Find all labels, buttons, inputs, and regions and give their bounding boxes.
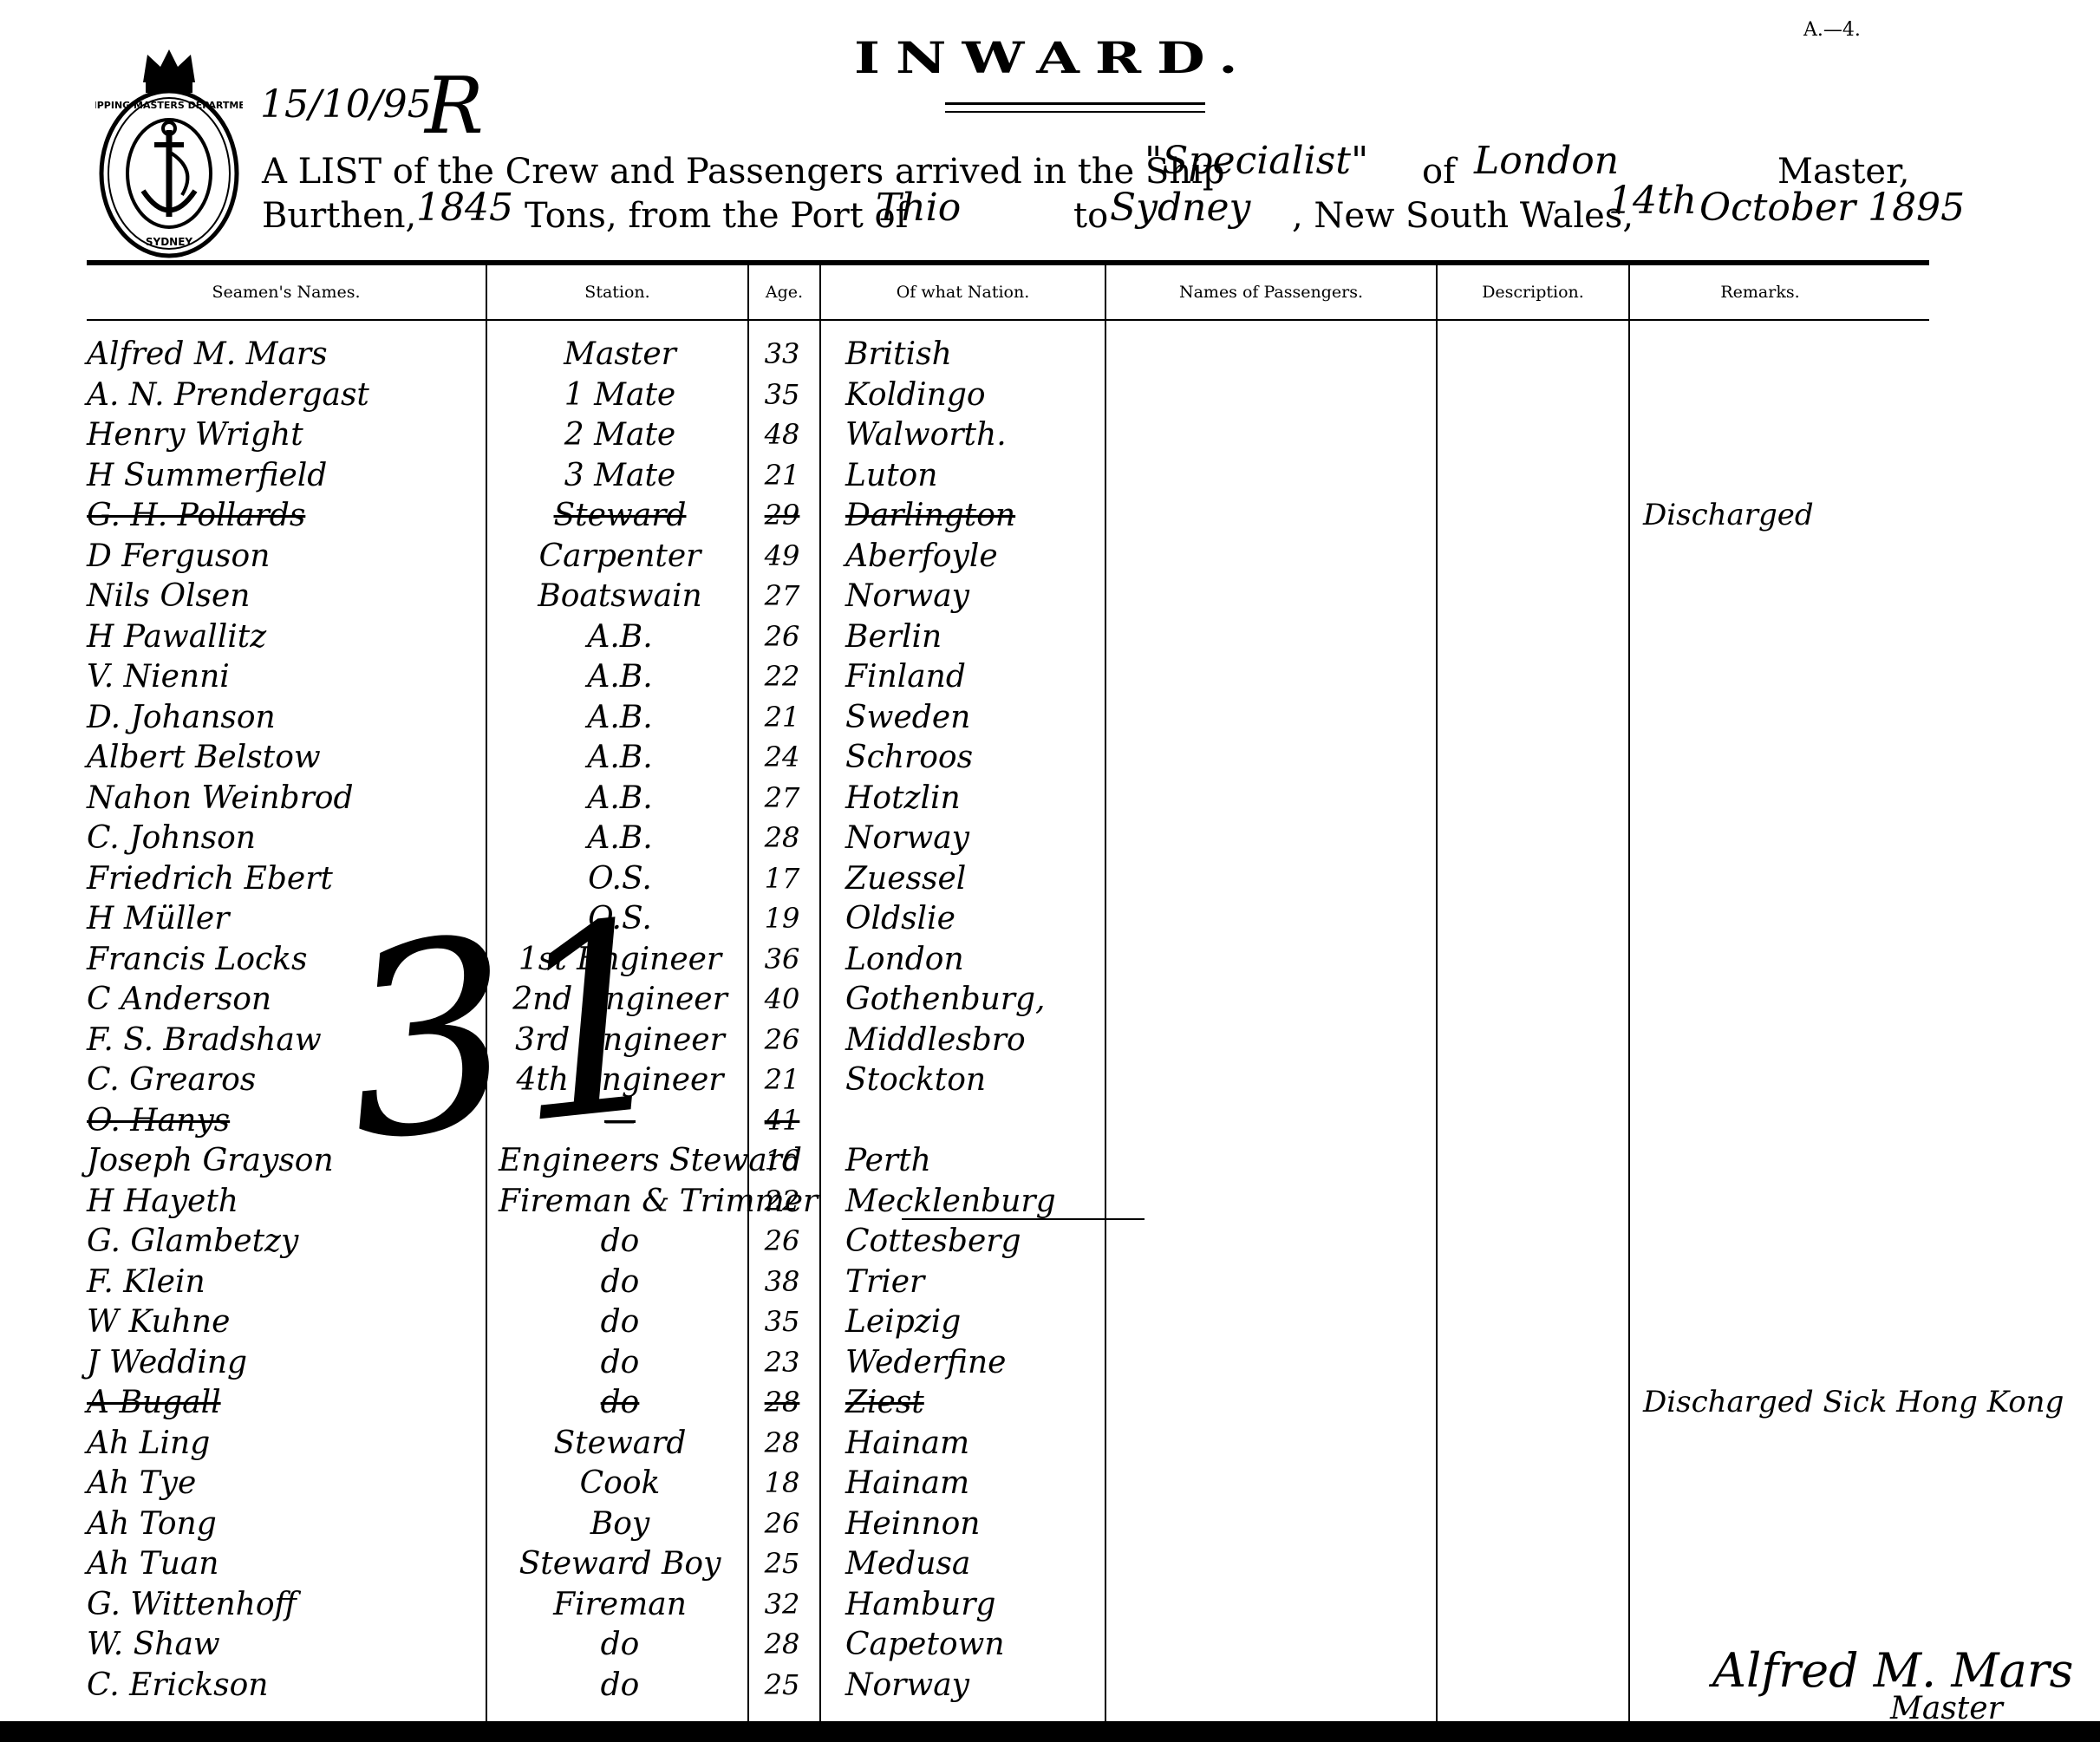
svg-text:SYDNEY: SYDNEY <box>146 236 193 248</box>
table-row: A. N. Prendergast1 Mate35Koldingo <box>0 375 2100 415</box>
crew-age: 19 <box>747 898 817 939</box>
crew-station: 3 Mate <box>499 455 741 496</box>
crew-station: Boy <box>499 1504 741 1544</box>
crew-age: 33 <box>747 334 817 375</box>
crew-remarks <box>1643 1302 2100 1342</box>
crew-name: C. Erickson <box>87 1665 481 1706</box>
crew-age: 38 <box>747 1262 817 1302</box>
column-header-remarks: Remarks. <box>1630 283 1890 302</box>
table-row: Albert BelstowA.B.24Schroos <box>0 737 2100 778</box>
crew-nation: Berlin <box>845 617 1101 657</box>
table-row: O. Hanys—41 <box>0 1100 2100 1141</box>
column-header-description: Description. <box>1438 283 1628 302</box>
crew-age: 25 <box>747 1543 817 1584</box>
crew-nation: Finland <box>845 656 1101 697</box>
crew-age: 26 <box>747 617 817 657</box>
table-row: F. S. Bradshaw3rd Engineer26Middlesbro <box>0 1020 2100 1060</box>
crew-nation: Luton <box>845 455 1101 496</box>
table-row: Nils OlsenBoatswain27Norway <box>0 576 2100 617</box>
table-row: H HayethFireman & Trimmer22Mecklenburg <box>0 1181 2100 1222</box>
crew-remarks <box>1643 939 2100 980</box>
crew-station: 2 Mate <box>499 414 741 455</box>
table-row: Nahon WeinbrodA.B.27Hotzlin <box>0 778 2100 819</box>
crew-age: 41 <box>747 1100 817 1141</box>
crew-remarks <box>1643 1423 2100 1464</box>
crew-age: 28 <box>747 818 817 858</box>
crew-age: 35 <box>747 375 817 415</box>
crew-remarks <box>1643 778 2100 819</box>
crew-nation: Middlesbro <box>845 1020 1101 1060</box>
crew-remarks <box>1643 536 2100 577</box>
crew-age: 21 <box>747 455 817 496</box>
form-code: A.—4. <box>1803 19 1861 41</box>
crew-remarks <box>1643 617 2100 657</box>
crew-name: Ah Ling <box>87 1423 481 1464</box>
crew-remarks <box>1643 697 2100 738</box>
crew-age: 22 <box>747 656 817 697</box>
scan-bottom-edge <box>0 1721 2100 1742</box>
ship-name: "Specialist" <box>1145 139 1368 183</box>
crew-station: Steward <box>499 495 741 536</box>
table-row: H Summerfield3 Mate21Luton <box>0 455 2100 496</box>
crew-remarks <box>1643 1463 2100 1504</box>
crew-station: do <box>499 1342 741 1383</box>
crew-name: H Pawallitz <box>87 617 481 657</box>
crew-nation: Hainam <box>845 1463 1101 1504</box>
tons-label: Tons, from the Port of <box>525 196 908 236</box>
table-row: A Bugalldo28ZiestDischarged Sick Hong Ko… <box>0 1382 2100 1423</box>
burthen-label: Burthen, <box>262 196 416 236</box>
crew-name: A Bugall <box>87 1382 481 1423</box>
crew-station: 1 Mate <box>499 375 741 415</box>
tons-value: 1845 <box>416 186 513 230</box>
crew-remarks <box>1643 414 2100 455</box>
crew-name: Nils Olsen <box>87 576 481 617</box>
column-header-age: Age. <box>749 283 819 302</box>
crew-station: Fireman & Trimmer <box>499 1181 741 1222</box>
crew-name: Ah Tye <box>87 1463 481 1504</box>
crew-station: A.B. <box>499 617 741 657</box>
table-row: D. JohansonA.B.21Sweden <box>0 697 2100 738</box>
crew-age: 18 <box>747 1463 817 1504</box>
crew-remarks <box>1643 656 2100 697</box>
table-row: G. H. PollardsSteward29DarlingtonDischar… <box>0 495 2100 536</box>
crew-station: do <box>499 1221 741 1262</box>
subtotal-rule <box>902 1218 1145 1220</box>
table-row: Ah TuanSteward Boy25Medusa <box>0 1543 2100 1584</box>
crew-age: 17 <box>747 858 817 899</box>
crew-age: 29 <box>747 495 817 536</box>
crew-name: V. Nienni <box>87 656 481 697</box>
table-row: G. Glambetzydo26Cottesberg <box>0 1221 2100 1262</box>
crew-nation: Norway <box>845 818 1101 858</box>
crew-nation: Cottesberg <box>845 1221 1101 1262</box>
crew-age: 28 <box>747 1423 817 1464</box>
crew-remarks <box>1643 1504 2100 1544</box>
crew-name: J Wedding <box>87 1342 481 1383</box>
header-rule <box>87 319 1929 321</box>
crew-station: do <box>499 1382 741 1423</box>
table-row: C Anderson2nd Engineer40Gothenburg, <box>0 979 2100 1020</box>
table-top-rule <box>87 260 1929 265</box>
table-row: Friedrich EbertO.S.17Zuessel <box>0 858 2100 899</box>
crew-name: F. Klein <box>87 1262 481 1302</box>
crew-name: Alfred M. Mars <box>87 334 481 375</box>
column-header-seamen-names: Seamen's Names. <box>87 283 486 302</box>
crew-remarks <box>1643 576 2100 617</box>
crew-age: 26 <box>747 1020 817 1060</box>
crew-nation: Sweden <box>845 697 1101 738</box>
crew-name: G. Glambetzy <box>87 1221 481 1262</box>
crew-remarks <box>1643 1140 2100 1181</box>
crew-name: C. Johnson <box>87 818 481 858</box>
crew-name: A. N. Prendergast <box>87 375 481 415</box>
table-row: C. Grearos4th Engineer21Stockton <box>0 1060 2100 1100</box>
crew-station: A.B. <box>499 778 741 819</box>
crew-remarks <box>1643 1100 2100 1141</box>
state-label: , New South Wales, <box>1292 196 1634 236</box>
crew-age: 32 <box>747 1584 817 1625</box>
crew-station: A.B. <box>499 818 741 858</box>
received-initial: R <box>425 61 484 152</box>
crew-age: 16 <box>747 1140 817 1181</box>
crew-age: 28 <box>747 1382 817 1423</box>
crew-nation: Hotzlin <box>845 778 1101 819</box>
master-signature: Alfred M. Mars <box>1712 1643 2073 1698</box>
crew-nation: Norway <box>845 576 1101 617</box>
crew-remarks: Discharged <box>1643 495 2100 536</box>
crew-nation: Medusa <box>845 1543 1101 1584</box>
crew-age: 22 <box>747 1181 817 1222</box>
crew-nation: Darlington <box>845 495 1101 536</box>
crew-nation: Wederfine <box>845 1342 1101 1383</box>
crew-remarks <box>1643 334 2100 375</box>
page-title: INWARD. <box>854 33 1254 84</box>
crew-station: do <box>499 1262 741 1302</box>
crew-nation: British <box>845 334 1101 375</box>
crew-age: 35 <box>747 1302 817 1342</box>
crew-remarks <box>1643 1181 2100 1222</box>
crew-remarks <box>1643 1543 2100 1584</box>
crew-name: D. Johanson <box>87 697 481 738</box>
crew-name: Henry Wright <box>87 414 481 455</box>
crew-station: Steward Boy <box>499 1543 741 1584</box>
table-row: J Weddingdo23Wederfine <box>0 1342 2100 1383</box>
crew-remarks <box>1643 1060 2100 1100</box>
table-row: V. NienniA.B.22Finland <box>0 656 2100 697</box>
crew-nation: Gothenburg, <box>845 979 1101 1020</box>
crew-nation <box>845 1100 1101 1141</box>
to-port: Sydney <box>1110 186 1250 230</box>
crew-station: do <box>499 1665 741 1706</box>
crew-nation: Trier <box>845 1262 1101 1302</box>
crew-nation: Aberfoyle <box>845 536 1101 577</box>
crew-name: Ah Tuan <box>87 1543 481 1584</box>
crew-remarks <box>1643 1221 2100 1262</box>
crew-age: 36 <box>747 939 817 980</box>
received-date-stamp: 15/10/95 <box>260 82 432 127</box>
svg-text:SHIPPING MASTERS DEPARTMENT: SHIPPING MASTERS DEPARTMENT <box>95 100 243 111</box>
crew-age: 21 <box>747 697 817 738</box>
crew-age: 49 <box>747 536 817 577</box>
crew-nation: Oldslie <box>845 898 1101 939</box>
crew-nation: Schroos <box>845 737 1101 778</box>
crew-nation: Norway <box>845 1665 1101 1706</box>
crew-name: D Ferguson <box>87 536 481 577</box>
crew-remarks <box>1643 737 2100 778</box>
crew-nation: Capetown <box>845 1624 1101 1665</box>
crew-nation: Perth <box>845 1140 1101 1181</box>
crew-remarks: Discharged Sick Hong Kong <box>1643 1382 2100 1423</box>
crew-remarks <box>1643 858 2100 899</box>
crew-nation: Ziest <box>845 1382 1101 1423</box>
crew-station: do <box>499 1302 741 1342</box>
crew-nation: Stockton <box>845 1060 1101 1100</box>
table-row: D FergusonCarpenter49Aberfoyle <box>0 536 2100 577</box>
table-row: C. JohnsonA.B.28Norway <box>0 818 2100 858</box>
crew-nation: Hainam <box>845 1423 1101 1464</box>
crew-age: 25 <box>747 1665 817 1706</box>
crew-remarks <box>1643 1020 2100 1060</box>
tally-mark: 31 <box>334 885 690 1178</box>
table-row: Joseph GraysonEngineers Steward16Perth <box>0 1140 2100 1181</box>
crew-age: 21 <box>747 1060 817 1100</box>
crew-age: 27 <box>747 576 817 617</box>
column-header-station: Station. <box>487 283 747 302</box>
arrival-day: 14th <box>1608 179 1697 223</box>
crew-station: do <box>499 1624 741 1665</box>
table-row: Henry Wright2 Mate48Walworth. <box>0 414 2100 455</box>
table-row: Ah TyeCook18Hainam <box>0 1463 2100 1504</box>
from-port: Thio <box>876 186 961 230</box>
crew-station: Carpenter <box>499 536 741 577</box>
crew-nation: Leipzig <box>845 1302 1101 1342</box>
crew-age: 28 <box>747 1624 817 1665</box>
crew-name: G. Wittenhoff <box>87 1584 481 1625</box>
heading-line1-prefix: A LIST of the Crew and Passengers arrive… <box>262 152 1225 192</box>
crew-nation: Walworth. <box>845 414 1101 455</box>
table-row: G. WittenhoffFireman32Hamburg <box>0 1584 2100 1625</box>
crew-remarks <box>1643 1262 2100 1302</box>
crew-name: H Summerfield <box>87 455 481 496</box>
crew-station: Fireman <box>499 1584 741 1625</box>
crew-nation: Hamburg <box>845 1584 1101 1625</box>
crew-remarks <box>1643 1584 2100 1625</box>
home-port: London <box>1474 139 1619 183</box>
table-row: H PawallitzA.B.26Berlin <box>0 617 2100 657</box>
crew-station: Cook <box>499 1463 741 1504</box>
table-row: Ah LingSteward28Hainam <box>0 1423 2100 1464</box>
crew-remarks <box>1643 1342 2100 1383</box>
crew-station: Boatswain <box>499 576 741 617</box>
crew-nation: Heinnon <box>845 1504 1101 1544</box>
crew-age: 23 <box>747 1342 817 1383</box>
crew-remarks <box>1643 818 2100 858</box>
title-underline <box>945 102 1205 113</box>
crew-remarks <box>1643 455 2100 496</box>
arrival-month-year: October 1895 <box>1699 186 1965 230</box>
crew-station: A.B. <box>499 737 741 778</box>
crew-name: W. Shaw <box>87 1624 481 1665</box>
to-label: to <box>1073 196 1108 236</box>
table-row: Alfred M. MarsMaster33British <box>0 334 2100 375</box>
crew-station: Master <box>499 334 741 375</box>
crew-remarks <box>1643 375 2100 415</box>
crew-name: Nahon Weinbrod <box>87 778 481 819</box>
table-row: Francis Locks1st Engineer36London <box>0 939 2100 980</box>
table-row: W Kuhnedo35Leipzig <box>0 1302 2100 1342</box>
table-row: Ah TongBoy26Heinnon <box>0 1504 2100 1544</box>
crew-name: W Kuhne <box>87 1302 481 1342</box>
crew-remarks <box>1643 898 2100 939</box>
crew-name: Ah Tong <box>87 1504 481 1544</box>
table-row: H MüllerO.S.19Oldslie <box>0 898 2100 939</box>
crew-age: 26 <box>747 1221 817 1262</box>
emblem-icon: SHIPPING MASTERS DEPARTMENT SYDNEY <box>95 48 243 260</box>
crew-remarks <box>1643 979 2100 1020</box>
crew-nation: Mecklenburg <box>845 1181 1101 1222</box>
column-header-passengers: Names of Passengers. <box>1106 283 1436 302</box>
crew-age: 48 <box>747 414 817 455</box>
crew-age: 40 <box>747 979 817 1020</box>
crew-station: A.B. <box>499 656 741 697</box>
crew-nation: Koldingo <box>845 375 1101 415</box>
crew-name: Albert Belstow <box>87 737 481 778</box>
crew-nation: Zuessel <box>845 858 1101 899</box>
crew-name: G. H. Pollards <box>87 495 481 536</box>
of-label: of <box>1422 152 1456 192</box>
crew-nation: London <box>845 939 1101 980</box>
column-header-nation: Of what Nation. <box>821 283 1105 302</box>
crew-station: Steward <box>499 1423 741 1464</box>
crew-age: 24 <box>747 737 817 778</box>
crew-age: 26 <box>747 1504 817 1544</box>
crew-station: A.B. <box>499 697 741 738</box>
table-row: F. Kleindo38Trier <box>0 1262 2100 1302</box>
crew-age: 27 <box>747 778 817 819</box>
